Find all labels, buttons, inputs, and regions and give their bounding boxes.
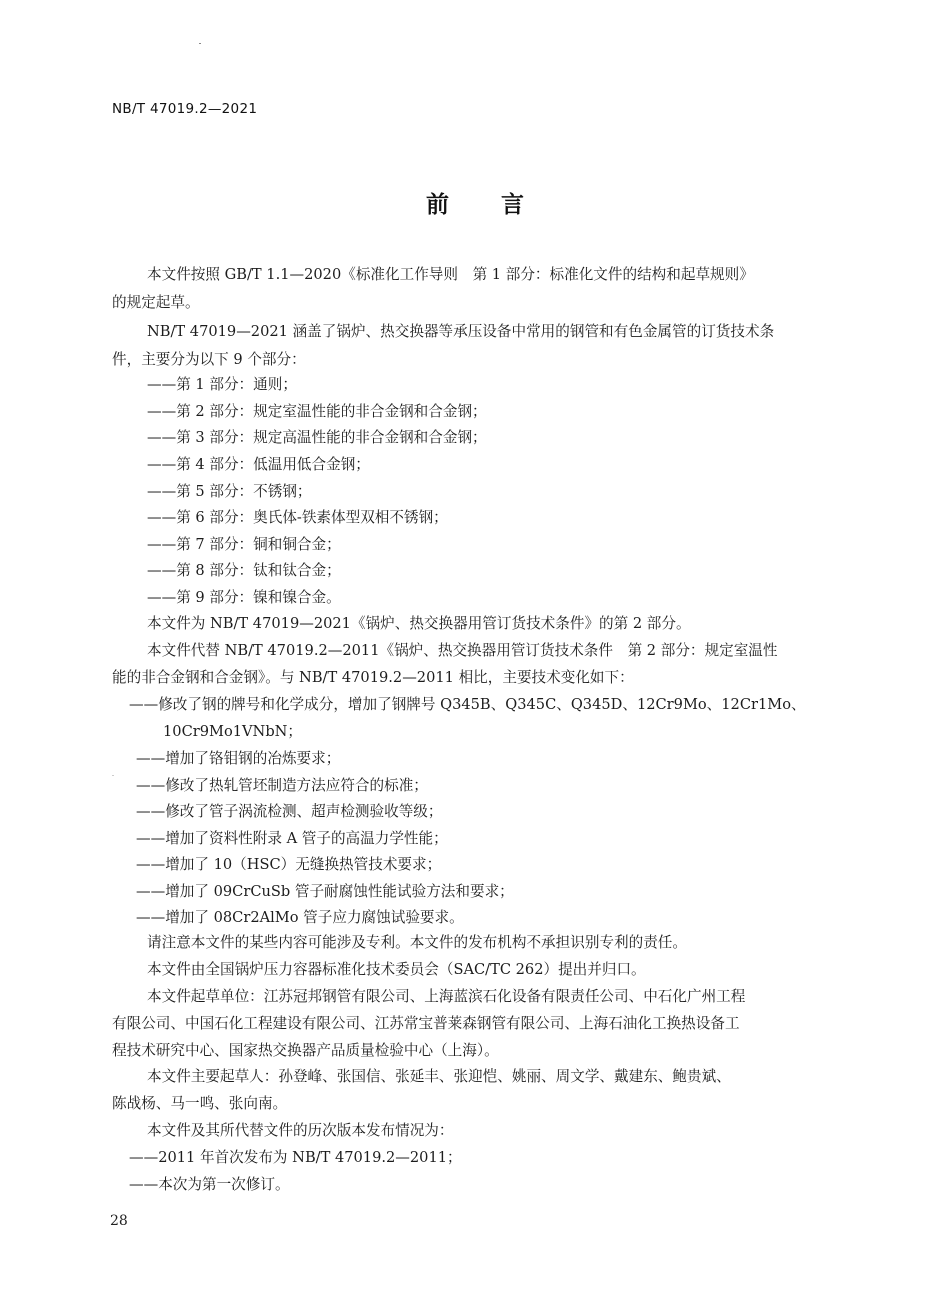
paragraph-line: 请注意本文件的某些内容可能涉及专利。本文件的发布机构不承担识别专利的责任。 bbox=[147, 933, 687, 953]
list-item: ——第 4 部分：低温用低合金钢； bbox=[147, 455, 370, 475]
list-item: ——第 7 部分：铜和铜合金； bbox=[147, 535, 341, 555]
paragraph-line: 本文件主要起草人：孙登峰、张国信、张延丰、张迎恺、姚丽、周文学、戴建东、鲍贵斌、 bbox=[147, 1067, 731, 1087]
paragraph-line: 件，主要分为以下 9 个部分： bbox=[112, 350, 306, 370]
list-item: ——第 3 部分：规定高温性能的非合金钢和合金钢； bbox=[147, 428, 487, 448]
paragraph-line: 本文件按照 GB/T 1.1—2020《标准化工作导则 第 1 部分：标准化文件… bbox=[147, 265, 754, 285]
list-item: ——增加了资料性附录 A 管子的高温力学性能； bbox=[136, 829, 448, 849]
list-item: ——第 2 部分：规定室温性能的非合金钢和合金钢； bbox=[147, 402, 487, 422]
list-item: ——本次为第一次修订。 bbox=[129, 1175, 290, 1195]
list-item: ——修改了热轧管坯制造方法应符合的标准； bbox=[136, 776, 428, 796]
paragraph-line: NB/T 47019—2021 涵盖了锅炉、热交换器等承压设备中常用的钢管和有色… bbox=[147, 322, 774, 342]
list-item: ——增加了 09CrCuSb 管子耐腐蚀性能试验方法和要求； bbox=[136, 882, 514, 902]
list-item: ——第 6 部分：奥氏体-铁素体型双相不锈钢； bbox=[147, 508, 448, 528]
paragraph-line: 能的非合金钢和合金钢》。与 NB/T 47019.2—2011 相比，主要技术变… bbox=[112, 668, 634, 688]
list-item-continuation: 10Cr9Mo1VNbN； bbox=[163, 722, 302, 742]
scan-speck bbox=[112, 775, 114, 776]
scan-speck bbox=[199, 43, 201, 44]
list-item: ——2011 年首次发布为 NB/T 47019.2—2011； bbox=[129, 1148, 462, 1168]
document-id-header: NB/T 47019.2—2021 bbox=[112, 101, 257, 117]
paragraph-line: 本文件由全国锅炉压力容器标准化技术委员会（SAC/TC 262）提出并归口。 bbox=[147, 960, 646, 980]
title-char-2: 言 bbox=[501, 186, 524, 219]
title-char-1: 前 bbox=[426, 186, 449, 219]
list-item: ——增加了 10（HSC）无缝换热管技术要求； bbox=[136, 855, 441, 875]
paragraph-line: 本文件代替 NB/T 47019.2—2011《锅炉、热交换器用管订货技术条件 … bbox=[147, 641, 777, 661]
list-item: ——修改了钢的牌号和化学成分，增加了钢牌号 Q345B、Q345C、Q345D、… bbox=[129, 695, 806, 715]
list-item: ——第 1 部分：通则； bbox=[147, 375, 297, 395]
paragraph-line: 程技术研究中心、国家热交换器产品质量检验中心（上海）。 bbox=[112, 1041, 499, 1061]
list-item: ——第 9 部分：镍和镍合金。 bbox=[147, 588, 341, 608]
page-number: 28 bbox=[110, 1213, 128, 1229]
list-item: ——增加了 08Cr2AlMo 管子应力腐蚀试验要求。 bbox=[136, 908, 464, 928]
page-title: 前言 bbox=[0, 186, 950, 219]
list-item: ——增加了铬钼钢的冶炼要求； bbox=[136, 749, 340, 769]
paragraph-line: 有限公司、中国石化工程建设有限公司、江苏常宝普莱森钢管有限公司、上海石油化工换热… bbox=[112, 1014, 740, 1034]
paragraph-line: 陈战杨、马一鸣、张向南。 bbox=[112, 1094, 287, 1114]
list-item: ——修改了管子涡流检测、超声检测验收等级； bbox=[136, 802, 442, 822]
paragraph-line: 本文件为 NB/T 47019—2021《锅炉、热交换器用管订货技术条件》的第 … bbox=[147, 614, 691, 634]
list-item: ——第 8 部分：钛和钛合金； bbox=[147, 561, 341, 581]
paragraph-line: 的规定起草。 bbox=[112, 293, 200, 313]
paragraph-line: 本文件起草单位：江苏冠邦钢管有限公司、上海蓝滨石化设备有限责任公司、中石化广州工… bbox=[147, 987, 745, 1007]
paragraph-line: 本文件及其所代替文件的历次版本发布情况为： bbox=[147, 1121, 453, 1141]
list-item: ——第 5 部分：不锈钢； bbox=[147, 482, 312, 502]
